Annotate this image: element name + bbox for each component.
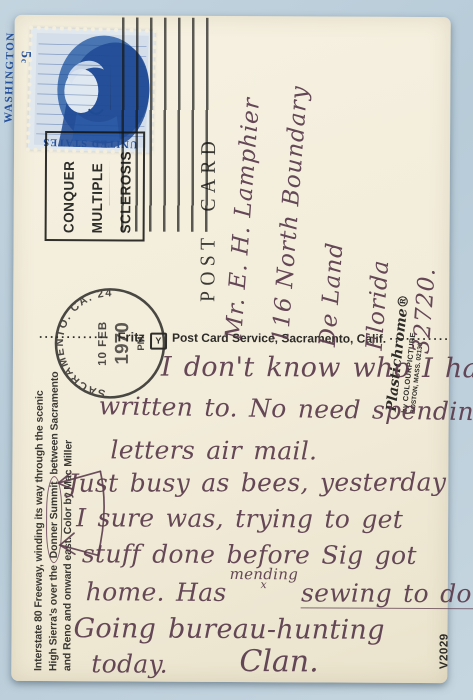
caption-line-1: Interstate 80 Freeway, winding its way t… [31, 371, 47, 671]
slogan-line: CONQUER [55, 151, 84, 234]
slogan-line: SCLEROSIS [111, 151, 140, 234]
cancellation-slogan-box: CONQUER MULTIPLE SCLEROSIS [45, 131, 146, 242]
address-block: Mr. E. H. Lamphier 116 North Boundary De… [211, 80, 465, 355]
postmark-date: 10 FEB [97, 321, 109, 366]
message-line-7: home. Hasmendingxsewing to do. [86, 577, 473, 608]
message-line-1: I don't know who I have [161, 352, 473, 385]
message-line-9: today. [91, 649, 168, 678]
slogan-line: MULTIPLE [83, 151, 112, 234]
stamp-subject-label: WASHINGTON [2, 31, 16, 123]
message-line-2: written to. No need spending [98, 391, 473, 426]
message-line-3: letters air mail. [110, 435, 317, 465]
message-line-8: Going bureau-hunting [73, 613, 384, 646]
inserted-word: mendingx [230, 568, 299, 589]
cancellation-slogan-text: CONQUER MULTIPLE SCLEROSIS [55, 151, 140, 234]
postmark-year: 1970 [112, 322, 133, 364]
scene-background: 5c WASHINGTON UNITED STATES CONQUER MULT… [0, 0, 473, 700]
stamp-denomination: 5c [17, 51, 33, 64]
postmark-meridiem: PM [136, 336, 147, 350]
message-line-5: I sure was, trying to get [76, 503, 403, 534]
signature: Clan. [239, 644, 318, 679]
message-line-4: Just busy as bees, yesterday [68, 467, 446, 497]
stock-number: V2029 [438, 633, 450, 669]
postcard-back: 5c WASHINGTON UNITED STATES CONQUER MULT… [11, 15, 450, 683]
